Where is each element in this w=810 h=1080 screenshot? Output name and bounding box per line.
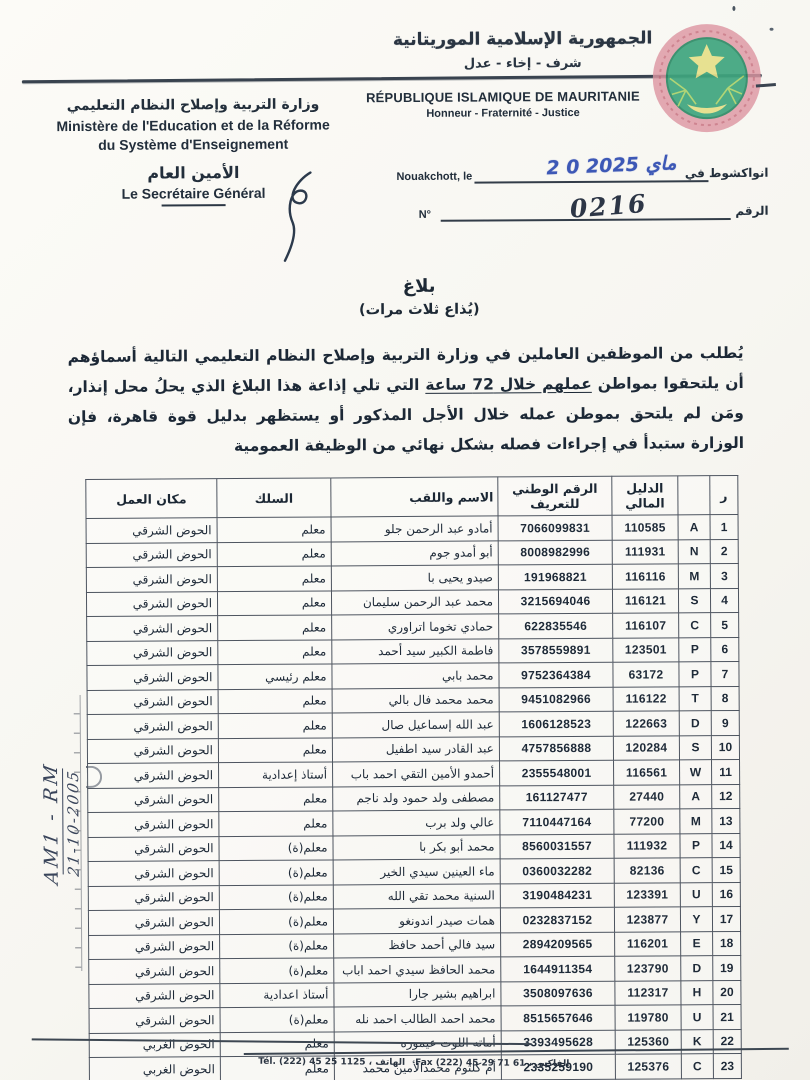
- cell-letter: U: [681, 1005, 713, 1030]
- cell-index: 5: [711, 612, 739, 637]
- cell-name: أمادو عبد الرحمن جلو: [331, 516, 498, 542]
- date-label-arabic: انواكشوط في: [685, 166, 769, 181]
- cell-index: 19: [713, 955, 741, 980]
- cell-financial-index: 77200: [614, 809, 680, 834]
- cell-corps: معلم: [219, 786, 333, 811]
- cell-index: 23: [713, 1053, 741, 1078]
- cell-national-id: 2355548001: [500, 760, 614, 785]
- cell-letter: D: [679, 711, 711, 736]
- cell-financial-index: 116122: [613, 686, 679, 711]
- cell-national-id: 7110447164: [500, 809, 614, 834]
- employee-table: ر الدليل المالي الرقم الوطني للتعريف الا…: [85, 475, 742, 1080]
- cell-letter: P: [680, 833, 712, 858]
- scan-edge-artifact: [72, 695, 83, 971]
- header-workplace: مكان العمل: [86, 479, 217, 519]
- cell-index: 10: [711, 735, 739, 760]
- cell-index: 9: [711, 710, 739, 735]
- cell-corps: معلم رئيسي: [218, 664, 332, 689]
- cell-letter: U: [680, 882, 712, 907]
- cell-corps: معلم(ة): [220, 933, 334, 958]
- cell-name: محمد احمد الطالب احمد نله: [334, 1006, 501, 1032]
- cell-letter: D: [681, 956, 713, 981]
- number-label-arabic: الرقم: [735, 204, 768, 218]
- cell-letter: Y: [680, 907, 712, 932]
- header-national-id: الرقم الوطني للتعريف: [498, 476, 612, 516]
- cell-corps: معلم(ة): [219, 909, 333, 934]
- cell-letter: A: [678, 515, 710, 540]
- cell-financial-index: 82136: [614, 858, 680, 883]
- cell-letter: T: [679, 686, 711, 711]
- cell-letter: C: [679, 613, 711, 638]
- cell-national-id: 8560031557: [500, 834, 614, 859]
- cell-letter: C: [680, 858, 712, 883]
- cell-index: 13: [712, 808, 740, 833]
- cell-workplace: الحوض الشرقي: [87, 714, 218, 739]
- cell-name: مصطفى ولد حمود ولد ناجم: [333, 785, 500, 811]
- cell-index: 17: [712, 906, 740, 931]
- republic-title-arabic: الجمهورية الإسلامية الموريتانية: [358, 28, 688, 50]
- cell-corps: أستاذ إعدادية: [219, 762, 333, 787]
- cell-workplace: الحوض الشرقي: [86, 518, 217, 543]
- cell-index: 14: [712, 833, 740, 858]
- cell-letter: N: [678, 539, 710, 564]
- cell-workplace: الحوض الشرقي: [87, 616, 218, 641]
- cell-index: 18: [713, 931, 741, 956]
- cell-corps: معلم(ة): [219, 835, 333, 860]
- cell-name: ماء العينين سيدي الخير: [333, 859, 500, 885]
- cell-name: أبو أمدو جوم: [331, 540, 498, 566]
- motto-french: Honneur - Fraternité - Justice: [338, 106, 668, 120]
- employee-table-body: 1 A 110585 7066099831 أمادو عبد الرحمن ج…: [86, 514, 741, 1080]
- cell-name: عالي ولد برب: [333, 810, 500, 836]
- ministry-name-arabic: وزارة التربية وإصلاح النظام التعليمي: [28, 96, 358, 114]
- cell-letter: C: [681, 1054, 713, 1079]
- cell-name: محمد بابي: [332, 663, 499, 689]
- cell-workplace: الحوض الشرقي: [89, 959, 220, 984]
- cell-letter: E: [681, 931, 713, 956]
- cell-national-id: 3508097636: [501, 981, 615, 1006]
- cell-name: ابراهيم بشير جارا: [334, 981, 501, 1007]
- ministry-name-french-line1: Ministère de l'Education et de la Réform…: [28, 115, 358, 136]
- cell-letter: W: [680, 760, 712, 785]
- cell-index: 16: [712, 882, 740, 907]
- cell-national-id: 8515657646: [501, 1005, 615, 1030]
- number-label-french: N°: [419, 209, 431, 221]
- cell-workplace: الحوض الشرقي: [88, 763, 219, 788]
- cell-letter: P: [679, 662, 711, 687]
- cell-corps: أستاذ اعدادية: [220, 982, 334, 1007]
- cell-corps: معلم: [218, 737, 332, 762]
- cell-name: محمد محمد فال بالي: [332, 687, 499, 713]
- cell-financial-index: 116107: [613, 613, 679, 638]
- cell-corps: معلم: [218, 639, 332, 664]
- cell-letter: S: [679, 735, 711, 760]
- cell-letter: P: [679, 637, 711, 662]
- cell-index: 4: [710, 588, 738, 613]
- cell-index: 12: [712, 784, 740, 809]
- cell-corps: معلم(ة): [219, 860, 333, 885]
- cell-national-id: 2894209565: [501, 932, 615, 957]
- cell-name: محمد أبو بكر با: [333, 834, 500, 860]
- cell-name: عبد الله إسماعيل صال: [332, 712, 499, 738]
- cell-national-id: 1606128523: [499, 711, 613, 736]
- notice-subtitle: (يُذاع ثلاث مرات): [0, 299, 810, 320]
- cell-financial-index: 123877: [614, 907, 680, 932]
- notice-body-underlined: عملهم خلال 72 ساعة: [425, 375, 592, 394]
- cell-index: 15: [712, 857, 740, 882]
- cell-index: 8: [711, 686, 739, 711]
- cell-financial-index: 27440: [614, 784, 680, 809]
- cell-workplace: الحوض الشرقي: [88, 836, 219, 861]
- footer-phone: Tél. (222) 45 25 1125 ، الهاتف: [258, 1057, 405, 1068]
- cell-name: صيدو يحيى با: [331, 565, 498, 591]
- cell-workplace: الحوض الشرقي: [88, 861, 219, 886]
- cell-index: 3: [710, 563, 738, 588]
- mauritania-seal-stamp-icon: [649, 20, 764, 137]
- cell-corps: معلم: [217, 566, 331, 591]
- cell-name: أحمدو الأمين التقي احمد باب: [333, 761, 500, 787]
- cell-workplace: الحوض الشرقي: [87, 640, 218, 665]
- cell-financial-index: 110585: [612, 515, 678, 540]
- scan-speck: [770, 28, 774, 31]
- cell-workplace: الحوض الشرقي: [88, 812, 219, 837]
- cell-workplace: الحوض الشرقي: [86, 567, 217, 592]
- cell-name: همات صيدر اندونغو: [333, 908, 500, 934]
- cell-corps: معلم(ة): [219, 884, 333, 909]
- cell-financial-index: 123790: [615, 956, 681, 981]
- header-index: ر: [710, 475, 738, 514]
- cell-workplace: الحوض الشرقي: [89, 1008, 220, 1033]
- cell-index: 21: [713, 1004, 741, 1029]
- cell-financial-index: 119780: [615, 1005, 681, 1030]
- motto-arabic: شرف - إخاء - عدل: [358, 55, 688, 72]
- cell-national-id: 0360032282: [500, 858, 614, 883]
- cell-workplace: الحوض الشرقي: [86, 542, 217, 567]
- cell-national-id: 0232837152: [500, 907, 614, 932]
- cell-financial-index: 112317: [615, 980, 681, 1005]
- cell-financial-index: 116561: [614, 760, 680, 785]
- cell-index: 7: [711, 661, 739, 686]
- cell-workplace: الحوض الشرقي: [89, 983, 220, 1008]
- table-header-row: ر الدليل المالي الرقم الوطني للتعريف الا…: [86, 475, 738, 518]
- cell-index: 1: [710, 514, 738, 539]
- cell-name: حمادي تخوما اتراوري: [332, 614, 499, 640]
- cell-workplace: الحوض الشرقي: [87, 738, 218, 763]
- cell-workplace: الحوض الشرقي: [88, 885, 219, 910]
- cell-name: السنية محمد تقي الله: [333, 883, 500, 909]
- cell-letter: M: [680, 809, 712, 834]
- republic-title-french: RÉPUBLIQUE ISLAMIQUE DE MAURITANIE: [338, 88, 668, 105]
- cell-index: 2: [710, 539, 738, 564]
- cell-index: 6: [711, 637, 739, 662]
- cell-national-id: 1644911354: [501, 956, 615, 981]
- scan-speck: [732, 6, 735, 11]
- cell-financial-index: 123501: [613, 637, 679, 662]
- header-corps: السلك: [217, 478, 331, 518]
- cell-name: سيد فالي أحمد حافظ: [334, 932, 501, 958]
- cell-financial-index: 120284: [613, 735, 679, 760]
- cell-national-id: 191968821: [498, 564, 612, 589]
- cell-financial-index: 111931: [612, 539, 678, 564]
- cell-corps: معلم: [219, 811, 333, 836]
- cell-workplace: الحوض الشرقي: [87, 665, 218, 690]
- cell-corps: معلم(ة): [220, 958, 334, 983]
- cell-workplace: الحوض الشرقي: [88, 910, 219, 935]
- cell-workplace: الحوض الشرقي: [87, 689, 218, 714]
- cell-workplace: الحوض الغربي: [89, 1032, 220, 1057]
- cell-financial-index: 63172: [613, 662, 679, 687]
- cell-national-id: 161127477: [500, 785, 614, 810]
- cell-national-id: 3190484231: [500, 883, 614, 908]
- cell-national-id: 622835546: [499, 613, 613, 638]
- cell-national-id: 9451082966: [499, 687, 613, 712]
- date-label-french: Nouakchott, le: [396, 171, 472, 183]
- signature-icon: [266, 168, 327, 269]
- cell-name: عبد القادر سيد اطفيل: [332, 736, 499, 762]
- margin-note-line1: AM1 - RM: [40, 706, 63, 940]
- cell-corps: معلم(ة): [220, 1007, 334, 1032]
- cell-corps: معلم: [217, 541, 331, 566]
- notice-body: يُطلب من الموظفين العاملين في وزارة التر…: [67, 338, 744, 462]
- cell-national-id: 7066099831: [498, 515, 612, 540]
- cell-national-id: 9752364384: [499, 662, 613, 687]
- cell-name: فاطمة الكبير سيد أحمد: [332, 638, 499, 664]
- cell-name: محمد الحافظ سيدي احمد اباب: [334, 957, 501, 983]
- footer-fax: Fax (222) 45 29 71 61 ، الفاكس: [415, 1058, 569, 1069]
- cell-financial-index: 116201: [615, 931, 681, 956]
- cell-name: محمد عبد الرحمن سليمان: [331, 589, 498, 615]
- cell-corps: معلم: [217, 517, 331, 542]
- cell-letter: H: [681, 980, 713, 1005]
- cell-national-id: 8008982996: [498, 540, 612, 565]
- header-financial-index: الدليل المالي: [612, 476, 678, 515]
- cell-workplace: الحوض الشرقي: [86, 591, 217, 616]
- office-underline: [162, 204, 226, 206]
- cell-index: 11: [712, 759, 740, 784]
- cell-financial-index: 122663: [613, 711, 679, 736]
- cell-corps: معلم: [218, 713, 332, 738]
- number-field: N° 0216 الرقم: [419, 204, 769, 206]
- cell-national-id: 4757856888: [499, 736, 613, 761]
- scanned-document: الجمهورية الإسلامية الموريتانية شرف - إخ…: [0, 0, 810, 1080]
- cell-financial-index: 123391: [614, 882, 680, 907]
- cell-workplace: الحوض الشرقي: [88, 787, 219, 812]
- cell-corps: معلم: [218, 615, 332, 640]
- header-letter: [678, 476, 710, 515]
- cell-index: 20: [713, 980, 741, 1005]
- cell-workplace: الحوض الشرقي: [89, 934, 220, 959]
- cell-national-id: 3578559891: [499, 638, 613, 663]
- ministry-name-french-line2: du Système d'Enseignement: [28, 134, 358, 155]
- cell-corps: معلم: [218, 688, 332, 713]
- page-title: بلاغ: [0, 273, 810, 299]
- date-field: Nouakchott, le 2 0 ماي 2025 انواكشوط في: [396, 166, 768, 168]
- header-name: الاسم واللقب: [331, 477, 498, 517]
- cell-financial-index: 116121: [612, 588, 678, 613]
- cell-financial-index: 116116: [612, 564, 678, 589]
- cell-financial-index: 111932: [614, 833, 680, 858]
- scan-speck: [756, 83, 776, 88]
- cell-corps: معلم: [217, 590, 331, 615]
- cell-letter: A: [680, 784, 712, 809]
- cell-letter: M: [678, 564, 710, 589]
- cell-national-id: 3215694046: [498, 589, 612, 614]
- cell-letter: S: [678, 588, 710, 613]
